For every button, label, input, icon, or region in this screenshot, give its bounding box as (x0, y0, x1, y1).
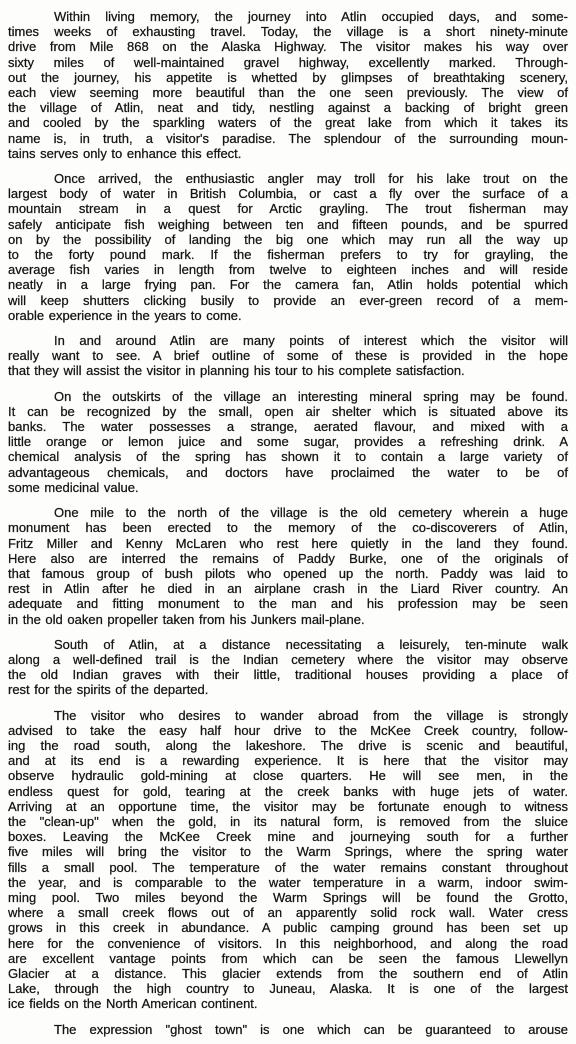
paragraph: Within living memory, the journey into A… (8, 9, 568, 161)
text-line: neatly in a large frying pan. For the ca… (8, 277, 568, 292)
text-line: some medicinal value. (8, 480, 568, 495)
text-line: observe hydraulic gold-mining at close q… (8, 768, 568, 783)
text-line: are excellent vantage points from which … (8, 951, 568, 966)
text-line: adequate and fitting monument to the man… (8, 596, 568, 611)
text-line: rest for the spirits of the departed. (8, 682, 568, 697)
text-line: drive from Mile 868 on the Alaska Highwa… (8, 39, 568, 54)
text-line: banks. The water possesses a strange, ae… (8, 419, 568, 434)
text-line: where a small creek flows out of an appa… (8, 905, 568, 920)
text-line: times weeks of exhausting travel. Today,… (8, 24, 568, 39)
text-line: on by the possibility of landing the big… (8, 232, 568, 247)
paragraph: Once arrived, the enthusiastic angler ma… (8, 171, 568, 323)
text-line: average fish varies in length from twelv… (8, 262, 568, 277)
text-line: will keep shutters clicking busily to pr… (8, 293, 568, 308)
text-line: that famous group of bush pilots who ope… (8, 566, 568, 581)
text-line: five miles will bring the visitor to the… (8, 844, 568, 859)
text-line: name is, in truth, a visitor's paradise.… (8, 131, 568, 146)
text-line: boxes. Leaving the McKee Creek mine and … (8, 829, 568, 844)
text-line: Glacier at a distance. This glacier exte… (8, 966, 568, 981)
text-line: out the journey, his appetite is whetted… (8, 70, 568, 85)
text-line: orable experience in the years to come. (8, 308, 568, 323)
text-line: along a well-defined trail is the Indian… (8, 652, 568, 667)
text-line: monument has been erected to the memory … (8, 520, 568, 535)
text-line: mountain stream in a quest for Arctic gr… (8, 201, 568, 216)
paragraph: South of Atlin, at a distance necessitat… (8, 637, 568, 698)
paragraph: The visitor who desires to wander abroad… (8, 708, 568, 1012)
text-line: the year, and is comparable to the water… (8, 875, 568, 890)
text-column: Within living memory, the journey into A… (8, 9, 568, 1037)
text-line: One mile to the north of the village is … (8, 505, 568, 520)
text-line: Within living memory, the journey into A… (8, 9, 568, 24)
text-line: each view seeming more beautiful than th… (8, 85, 568, 100)
text-line: endless quest for gold, tearing at the c… (8, 784, 568, 799)
text-line: South of Atlin, at a distance necessitat… (8, 637, 568, 652)
text-line: here for the convenience of visitors. In… (8, 936, 568, 951)
paragraph: In and around Atlin are many points of i… (8, 333, 568, 379)
text-line: fills a small pool. The temperature of t… (8, 860, 568, 875)
text-line: Arriving at an opportune time, the visit… (8, 799, 568, 814)
text-line: It can be recognized by the small, open … (8, 404, 568, 419)
paragraph: On the outskirts of the village an inter… (8, 389, 568, 495)
text-line: advantageous chemicals, and doctors have… (8, 465, 568, 480)
text-line: the village of Atlin, neat and tidy, nes… (8, 100, 568, 115)
text-line: sixty miles of well-maintained gravel hi… (8, 55, 568, 70)
text-line: and at its end is a rewarding experience… (8, 753, 568, 768)
text-line: Once arrived, the enthusiastic angler ma… (8, 171, 568, 186)
text-line: the old Indian graves with their little,… (8, 667, 568, 682)
text-line: The expression "ghost town" is one which… (8, 1022, 568, 1037)
text-line: In and around Atlin are many points of i… (8, 333, 568, 348)
text-line: ing the road south, along the lakeshore.… (8, 738, 568, 753)
text-line: in the old oaken propeller taken from hi… (8, 612, 568, 627)
text-line: advised to take the easy half hour drive… (8, 723, 568, 738)
text-line: really want to see. A brief outline of s… (8, 348, 568, 363)
paragraph: One mile to the north of the village is … (8, 505, 568, 627)
text-line: The visitor who desires to wander abroad… (8, 708, 568, 723)
text-line: that they will assist the visitor in pla… (8, 363, 568, 378)
text-line: chemical analysis of the spring has show… (8, 449, 568, 464)
text-line: rest in Atlin after he died in an airpla… (8, 581, 568, 596)
text-line: Lake, through the high country to Juneau… (8, 981, 568, 996)
text-line: the "clean-up" when the gold, in its nat… (8, 814, 568, 829)
text-line: little orange or lemon juice and some su… (8, 434, 568, 449)
text-line: tains serves only to enhance this effect… (8, 146, 568, 161)
text-line: ming pool. Two miles beyond the Warm Spr… (8, 890, 568, 905)
text-line: to the forty pound mark. If the fisherma… (8, 247, 568, 262)
text-line: grows in this creek in abundance. A publ… (8, 920, 568, 935)
text-line: Fritz Miller and Kenny McLaren who rest … (8, 536, 568, 551)
text-line: largest body of water in British Columbi… (8, 186, 568, 201)
text-line: safely anticipate fish weighing between … (8, 217, 568, 232)
text-line: and cooled by the sparkling waters of th… (8, 115, 568, 130)
text-line: On the outskirts of the village an inter… (8, 389, 568, 404)
text-line: Here also are interred the remains of Pa… (8, 551, 568, 566)
paragraph: The expression "ghost town" is one which… (8, 1022, 568, 1037)
document-page: Within living memory, the journey into A… (0, 0, 576, 1044)
text-line: ice fields on the North American contine… (8, 996, 568, 1011)
